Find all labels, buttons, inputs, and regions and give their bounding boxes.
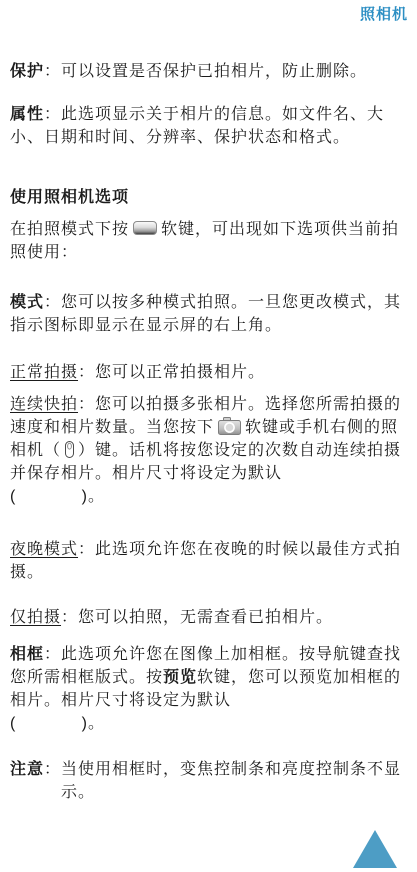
options-softkey-icon	[133, 221, 157, 235]
paragraph-note-body: ：当使用相框时，变焦控制条和亮度控制条不显示。	[44, 761, 401, 801]
paragraph-note: 注意：当使用相框时，变焦控制条和亮度控制条不显示。	[10, 758, 409, 804]
paragraph-night-mode: 夜晚模式：此选项允许您在夜晚的时候以最佳方式拍摄。	[10, 538, 409, 584]
manual-page: 照相机 保护：可以设置是否保护已拍相片，防止删除。 属性：此选项显示关于相片的信…	[0, 0, 417, 872]
term-burst: 连续快拍	[10, 396, 78, 413]
paragraph-shoot-only: 仅拍摄：您可以拍照，无需查看已拍相片。	[10, 606, 409, 629]
paragraph-protect: 保护：可以设置是否保护已拍相片，防止删除。	[10, 60, 409, 83]
term-note: 注意	[10, 761, 44, 778]
paragraph-attribute: 属性：此选项显示关于相片的信息。如文件名、大小、日期和时间、分辨率、保护状态和格…	[10, 103, 409, 149]
paragraph-protect-body: ：可以设置是否保护已拍相片，防止删除。	[44, 63, 367, 80]
term-attribute: 属性	[10, 106, 44, 123]
paragraph-shoot-only-body: ：您可以拍照，无需查看已拍相片。	[61, 609, 333, 626]
term-photo-frame: 相框	[10, 646, 44, 663]
preview-softkey-label: 预览	[163, 669, 197, 686]
section-heading: 使用照相机选项	[10, 186, 409, 209]
burst-default-size-blank: ( )。	[10, 485, 409, 508]
term-night-mode: 夜晚模式	[10, 541, 78, 558]
paragraph-mode: 模式：您可以按多种模式拍照。一旦您更改模式，其指示图标即显示在显示屏的右上角。	[10, 291, 409, 337]
paragraph-mode-body: ：您可以按多种模式拍照。一旦您更改模式，其指示图标即显示在显示屏的右上角。	[10, 294, 401, 334]
camera-side-key-icon	[65, 441, 74, 458]
term-shoot-only: 仅拍摄	[10, 609, 61, 626]
page-header-title: 照相机	[360, 3, 408, 24]
camera-softkey-icon	[218, 417, 241, 435]
frame-default-size-blank: ( )。	[10, 712, 409, 735]
intro-text-before: 在拍照模式下按	[10, 221, 129, 238]
term-normal-shot: 正常拍摄	[10, 364, 78, 381]
paragraph-photo-frame: 相框：此选项允许您在图像上加相框。按导航键查找您所需相框版式。按预览软键，您可以…	[10, 643, 409, 735]
paragraph-normal-body: ：您可以正常拍摄相片。	[78, 364, 265, 381]
paragraph-normal-shot: 正常拍摄：您可以正常拍摄相片。	[10, 361, 409, 384]
term-protect: 保护	[10, 63, 44, 80]
paragraph-burst: 连续快拍：您可以拍摄多张相片。选择您所需拍摄的速度和相片数量。当您按下软键或手机…	[10, 393, 409, 508]
term-mode: 模式	[10, 294, 44, 311]
paragraph-intro: 在拍照模式下按软键，可出现如下选项供当前拍照使用：	[10, 218, 409, 264]
next-page-triangle-icon[interactable]	[353, 830, 397, 868]
paragraph-attribute-body: ：此选项显示关于相片的信息。如文件名、大小、日期和时间、分辨率、保护状态和格式。	[10, 106, 384, 146]
